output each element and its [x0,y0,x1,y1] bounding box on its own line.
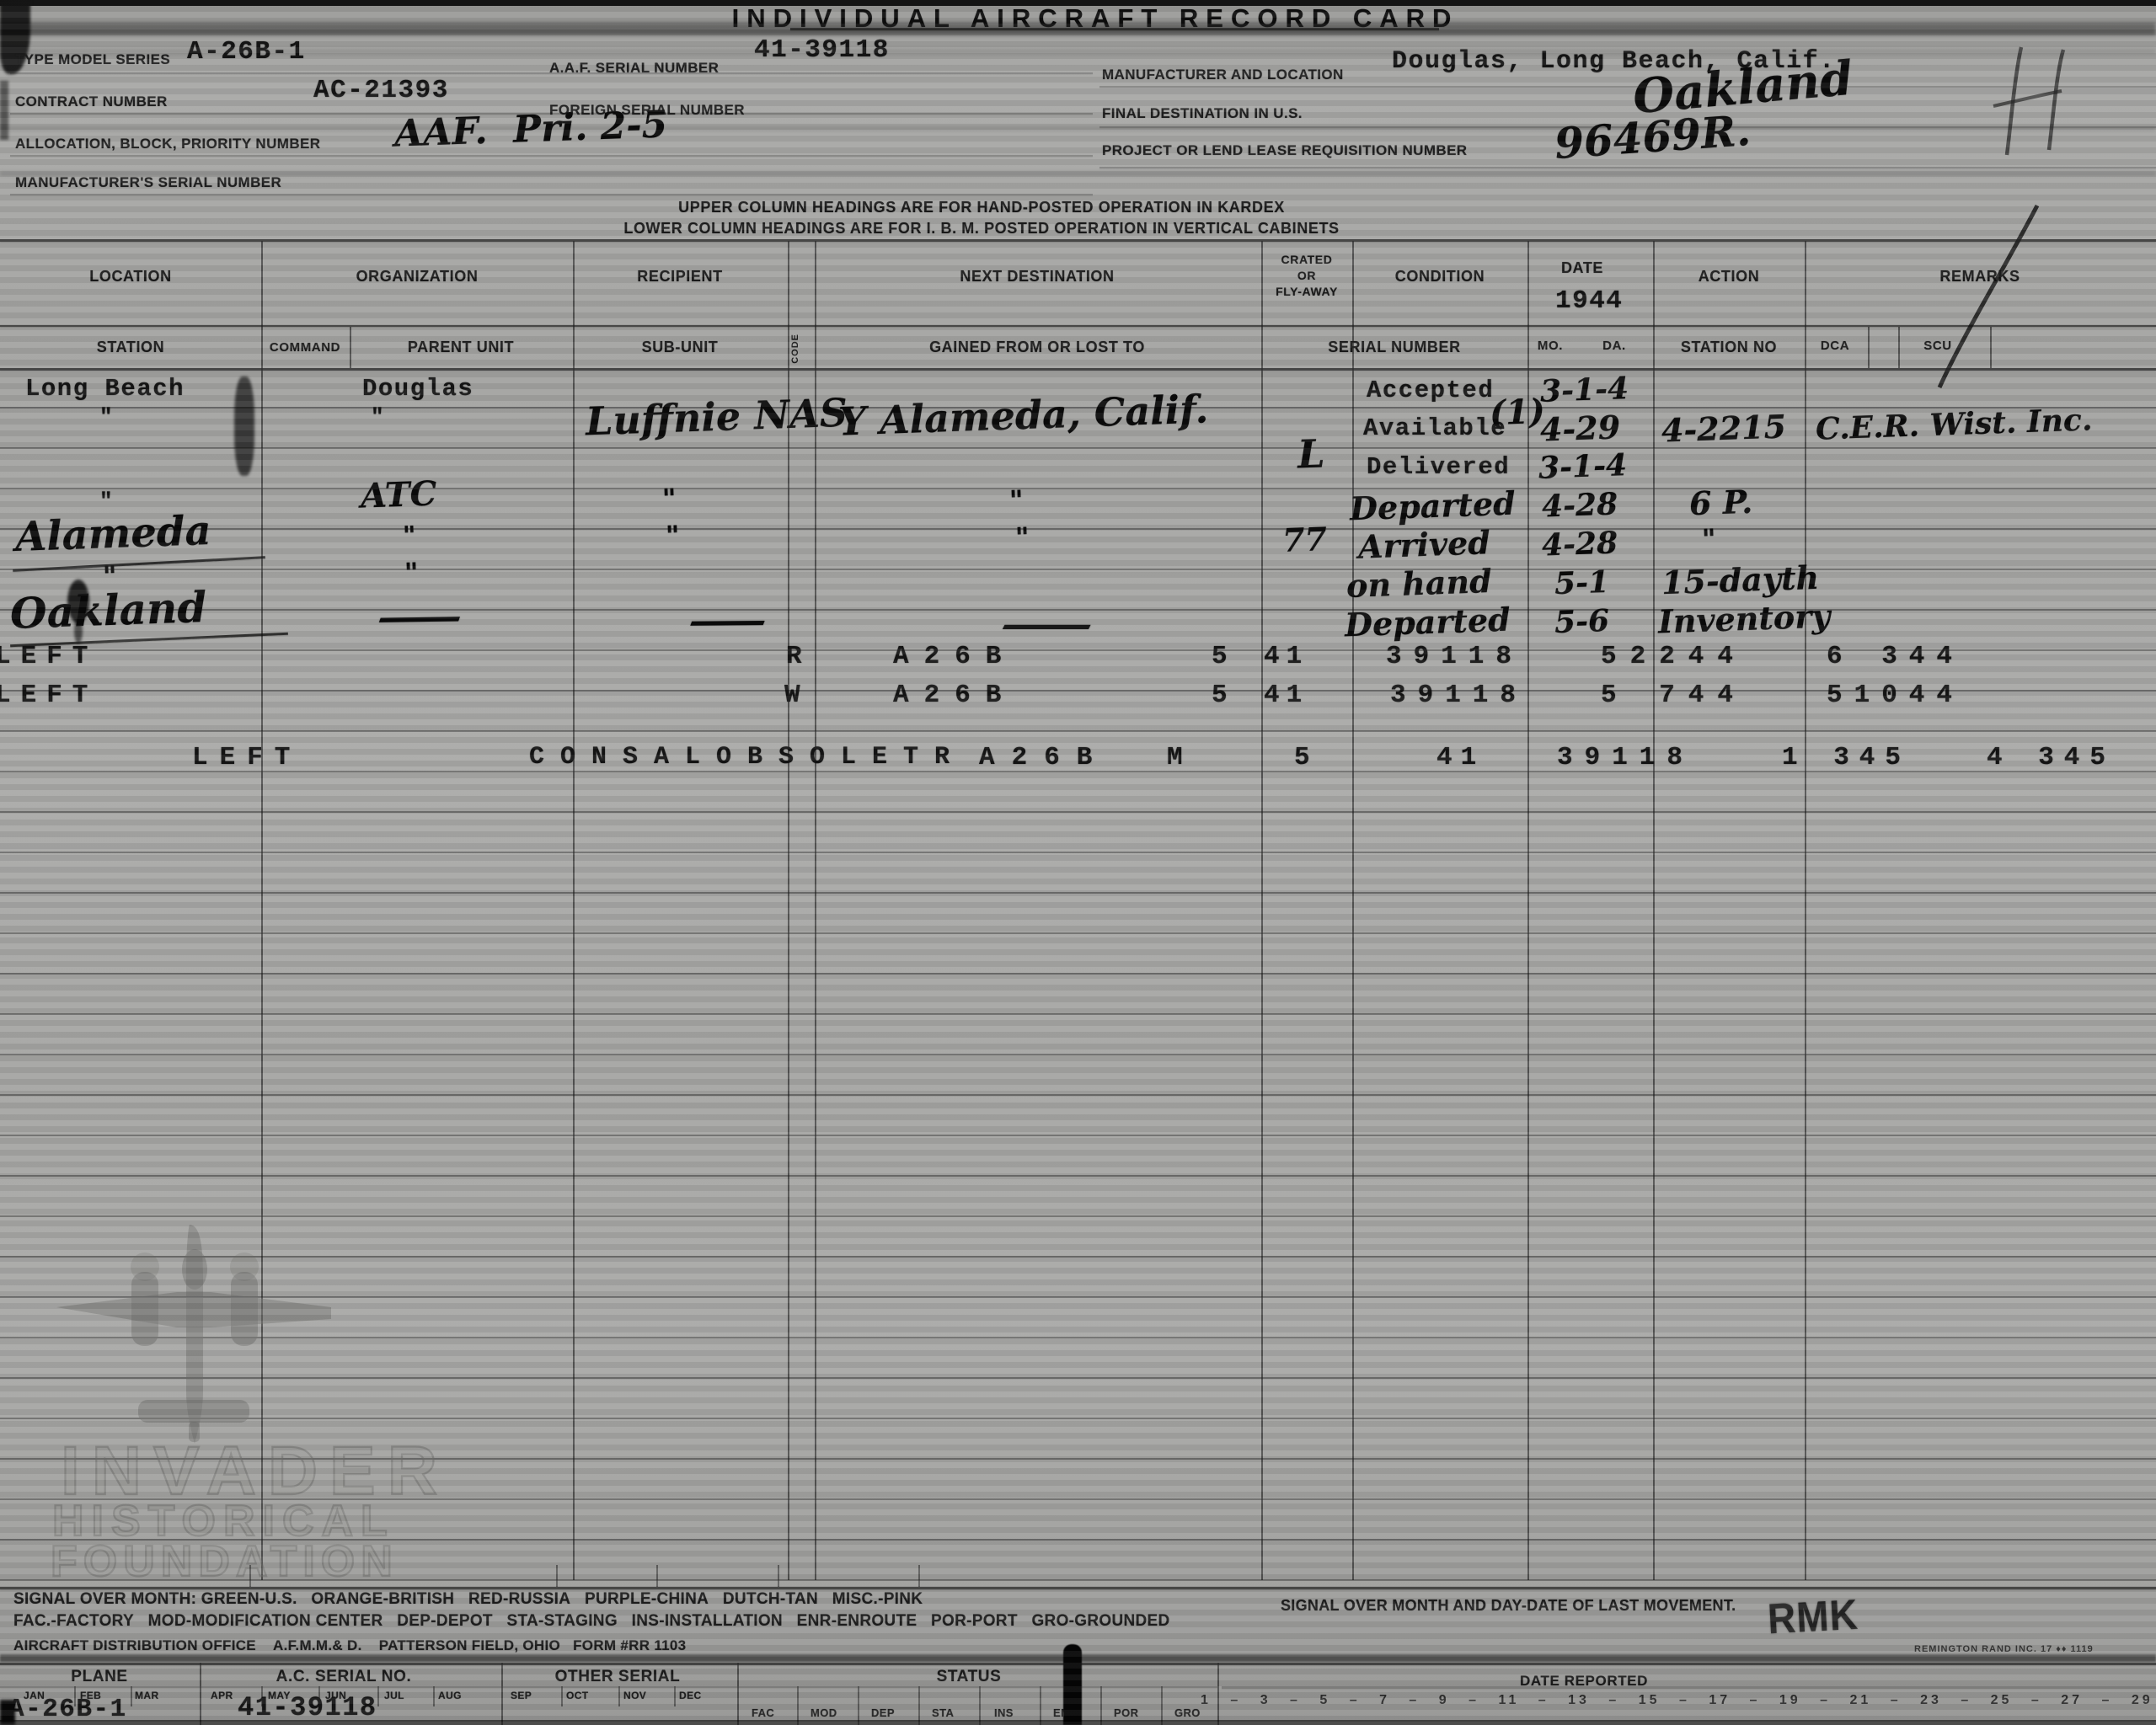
cell-code: R [786,644,803,670]
rule [10,155,1093,157]
cell-g2: 51044 [1827,682,1964,708]
month-sep-line [433,1686,435,1706]
cell-date: 5-6 [1554,606,1609,638]
cell-g1: 1 345 [1782,745,1911,771]
tick [918,1565,920,1587]
cell-station-no: 6 P. [1688,486,1752,521]
status-sep [797,1686,799,1725]
field-project-value: 96469R. [1554,109,1752,165]
col-header-parent-unit: PARENT UNIT [408,339,514,357]
col-header-station-no: STATION NO [1681,339,1777,357]
bottom-right-rule [1222,1686,2156,1689]
cell-crated: L [1297,434,1325,473]
month-sep-line [618,1686,620,1706]
cell-condition: Available [1363,416,1506,441]
status-por: POR [1114,1707,1138,1719]
cell-date: 4-29 [1539,411,1620,446]
month-oct: OCT [566,1690,589,1701]
cell-next-ditto: " [1008,487,1024,515]
col-header-condition: CONDITION [1395,268,1485,286]
cell-date: 5-1 [1554,567,1609,599]
field-contract-label: CONTRACT NUMBER [15,94,168,110]
rule [10,72,1093,74]
cell-left-flag: LEFT [0,682,98,708]
cell-condition: Delivered [1367,455,1510,479]
bottom-plane-value: A-26B-1 [8,1696,127,1722]
cell-condition: on hand [1345,565,1492,602]
cell-date: 3-1-4 [1539,373,1629,407]
col-header-organization: ORGANIZATION [356,268,479,286]
tick [556,1565,558,1587]
bottom-status-label: STATUS [937,1668,1002,1687]
field-manufacturer-label: MANUFACTURER AND LOCATION [1102,67,1344,83]
cell-station-no: Inventory [1657,600,1830,638]
col-header-next-destination: NEXT DESTINATION [960,268,1114,286]
cell-station-no-ditto: " [1701,526,1716,553]
status-sep [858,1686,859,1725]
col-header-command: COMMAND [270,340,340,355]
cell-remarks: C.E.R. Wist. Inc. [1815,404,2092,444]
cell-command-ditto: " [402,524,416,550]
table-top-line [0,239,2156,242]
cell-n1: 5 [1212,682,1228,708]
scan-corner-blob-bottomleft [0,1700,15,1725]
col-line-dca-split [1868,327,1870,368]
month-jul: JUL [384,1690,404,1701]
field-aaf-serial-value: 41-39118 [754,37,890,63]
field-mfr-serial-label: MANUFACTURER'S SERIAL NUMBER [15,175,281,191]
cell-next-dash: — [998,606,1094,644]
cell-station: Oakland [9,586,207,635]
status-sta: STA [932,1707,954,1719]
cell-left-flag: LEFT [0,644,98,670]
bottom-col-line [200,1663,201,1725]
cell-g1: 52244 [1601,644,1747,670]
cell-command-ditto: " [404,559,419,587]
cell-date: 3-1-4 [1538,450,1627,483]
bottom-col-line [501,1663,503,1725]
cell-date: 4-28 [1541,489,1618,521]
cell-serial: 39118 [1557,745,1694,771]
col-header-mo: MO. [1538,339,1563,354]
legend-signal-right: SIGNAL OVER MONTH AND DAY-DATE OF LAST M… [1281,1597,1736,1616]
field-allocation-label: ALLOCATION, BLOCK, PRIORITY NUMBER [15,136,320,152]
notice-line2: LOWER COLUMN HEADINGS ARE FOR I. B. M. P… [623,220,1339,238]
cell-station: Alameda [14,510,211,558]
cell-serial: 39118 [1386,644,1523,670]
cell-g1: 5 744 [1601,682,1747,708]
cell-condition: Arrived [1357,526,1490,563]
rule [10,194,1093,195]
cell-aircraft: A26B [893,682,1016,708]
month-apr: APR [211,1690,233,1701]
cell-command: ATC [360,477,437,513]
cell-crated: 77 [1281,523,1327,557]
status-ins: INS [994,1707,1014,1719]
cell-n1: 5 [1294,745,1311,771]
cell-serial: 39118 [1390,682,1527,708]
cell-station-no: 4-2215 [1661,410,1786,446]
cell-g2: 4 345 [1987,745,2116,771]
cell-left-flag: LEFT [192,745,302,771]
scan-streak-4 [0,171,2156,176]
col-header-location: LOCATION [89,268,171,286]
cell-next-destination: Y Alameda, Calif. [837,389,1209,441]
cell-parent-dash: — [373,598,465,637]
status-fac: FAC [752,1707,774,1719]
col-line-scu-left [1898,327,1900,368]
status-mod: MOD [811,1707,837,1719]
bottom-plane-label: PLANE [71,1668,127,1687]
date-reported-values: 1 – 3 – 5 – 7 – 9 – 11 – 13 – 15 – 17 – … [1201,1693,2156,1708]
field-type-model-series-label: TYPE MODEL SERIES [15,52,170,68]
table-mid-line [0,325,2156,327]
legend-abbreviations: FAC.-FACTORY MOD-MODIFICATION CENTER DEP… [13,1612,1170,1632]
printer-mark: REMINGTON RAND INC. 17 ♦♦ 1119 [1914,1644,2094,1654]
tick [778,1565,779,1587]
ink-blob-margin-tail [74,618,83,644]
cell-station-no: 15-dayth [1661,562,1819,600]
col-header-action: ACTION [1699,268,1760,286]
col-header-crated-1: CRATED [1281,253,1333,267]
field-final-destination-label: FINAL DESTINATION IN U.S. [1102,106,1303,122]
col-header-serial-number: SERIAL NUMBER [1328,339,1460,357]
month-aug: AUG [438,1690,462,1701]
status-sep [1040,1686,1041,1725]
field-contract-value: AC-21393 [313,77,449,104]
month-sep-line [377,1686,379,1706]
cell-condition: Departed [1349,488,1516,526]
bottom-ac-serial-value: 41-39118 [238,1695,377,1722]
cell-parent-ditto: " [371,406,385,428]
cell-n2: 41 [1436,745,1485,771]
bottom-other-serial-label: OTHER SERIAL [555,1668,681,1687]
month-dec: DEC [679,1690,702,1701]
col-header-dca: DCA [1821,339,1849,354]
status-sep [1100,1686,1102,1725]
bottom-col-line [737,1663,739,1725]
cell-code: W [784,682,801,708]
handwritten-h-mark [1988,42,2066,162]
tick [249,1565,251,1587]
watermark-line1: INVADER [61,1437,449,1506]
field-type-model-series-value: A-26B-1 [187,39,306,65]
col-header-date: DATE [1561,259,1603,278]
cell-condition: Accepted [1367,378,1494,403]
watermark-line3: FOUNDATION [51,1540,399,1583]
month-mar: MAR [135,1690,159,1701]
month-sep-line [674,1686,676,1706]
col-header-station: STATION [97,339,165,357]
status-sep [1161,1686,1163,1725]
month-sep-line [131,1686,132,1706]
cell-sub-dash: — [686,602,768,640]
col-header-recipient: RECIPIENT [637,268,722,286]
cell-n2: 41 [1264,682,1308,708]
cell-g2: 6 344 [1827,644,1964,670]
aircraft-record-card: INDIVIDUAL AIRCRAFT RECORD CARD TYPE MOD… [0,0,2156,1725]
col-header-code: CODE [790,334,800,364]
cell-condition: Departed [1344,604,1511,642]
field-project-label: PROJECT OR LEND LEASE REQUISITION NUMBER [1102,143,1467,159]
rmk-stamp: RMK [1767,1589,1860,1644]
rule [1099,167,2156,168]
cell-condition-note: (1) [1489,395,1545,430]
scan-left-edge-mark [0,81,8,140]
handwritten-slash-mark [1929,200,2047,394]
cell-n1: 5 [1212,644,1228,670]
cell-sub-unit: Luffnie NAS [585,393,848,441]
date-reported-label: DATE REPORTED [1520,1673,1648,1690]
ink-blob-margin [67,579,89,623]
cell-station-ditto: " [99,490,114,512]
bottom-ac-serial-label: A.C. SERIAL NO. [276,1668,412,1687]
status-gro: GRO [1174,1707,1201,1719]
status-sep [979,1686,981,1725]
cell-station: Long Beach [25,377,185,401]
cell-station-ditto: " [99,406,114,428]
cell-sub-ditto: " [665,522,680,550]
ink-blob-beach [234,377,254,476]
col-header-date-year: 1944 [1555,288,1623,314]
status-dep: DEP [871,1707,895,1719]
title-underline [790,28,1439,30]
col-header-crated-3: FLY-AWAY [1276,285,1338,299]
cell-aircraft: A26B [979,745,1109,771]
col-header-crated-2: OR [1297,269,1316,283]
rule [10,113,1093,115]
cell-parent-unit: Douglas [362,377,473,401]
tick [656,1565,658,1587]
month-sep: SEP [511,1690,532,1701]
legend-office: AIRCRAFT DISTRIBUTION OFFICE A.F.M.M.& D… [13,1637,686,1654]
cell-m: M [1167,745,1184,771]
month-nov: NOV [623,1690,646,1701]
col-header-gained: GAINED FROM OR LOST TO [929,339,1145,357]
col-header-da: DA. [1602,339,1626,354]
cell-n2: 41 [1264,644,1308,670]
cell-gained: CONSALOBSOLETR [529,745,966,770]
cell-date: 4-28 [1541,527,1618,560]
cell-sub-ditto: " [661,485,677,513]
status-sep [918,1686,920,1725]
col-header-sub-unit: SUB-UNIT [642,339,719,357]
month-sep-line [561,1686,563,1706]
ink-bar-bottom [1063,1644,1082,1725]
cell-aircraft: A26B [893,644,1016,670]
legend-signal-colors: SIGNAL OVER MONTH: GREEN-U.S. ORANGE-BRI… [13,1590,923,1610]
col-line-command-split [350,327,351,368]
notice-line1: UPPER COLUMN HEADINGS ARE FOR HAND-POSTE… [678,199,1285,217]
cell-next-ditto: " [1014,524,1030,552]
footer-top-line [0,1587,2156,1589]
aircraft-watermark-icon [52,1223,335,1455]
